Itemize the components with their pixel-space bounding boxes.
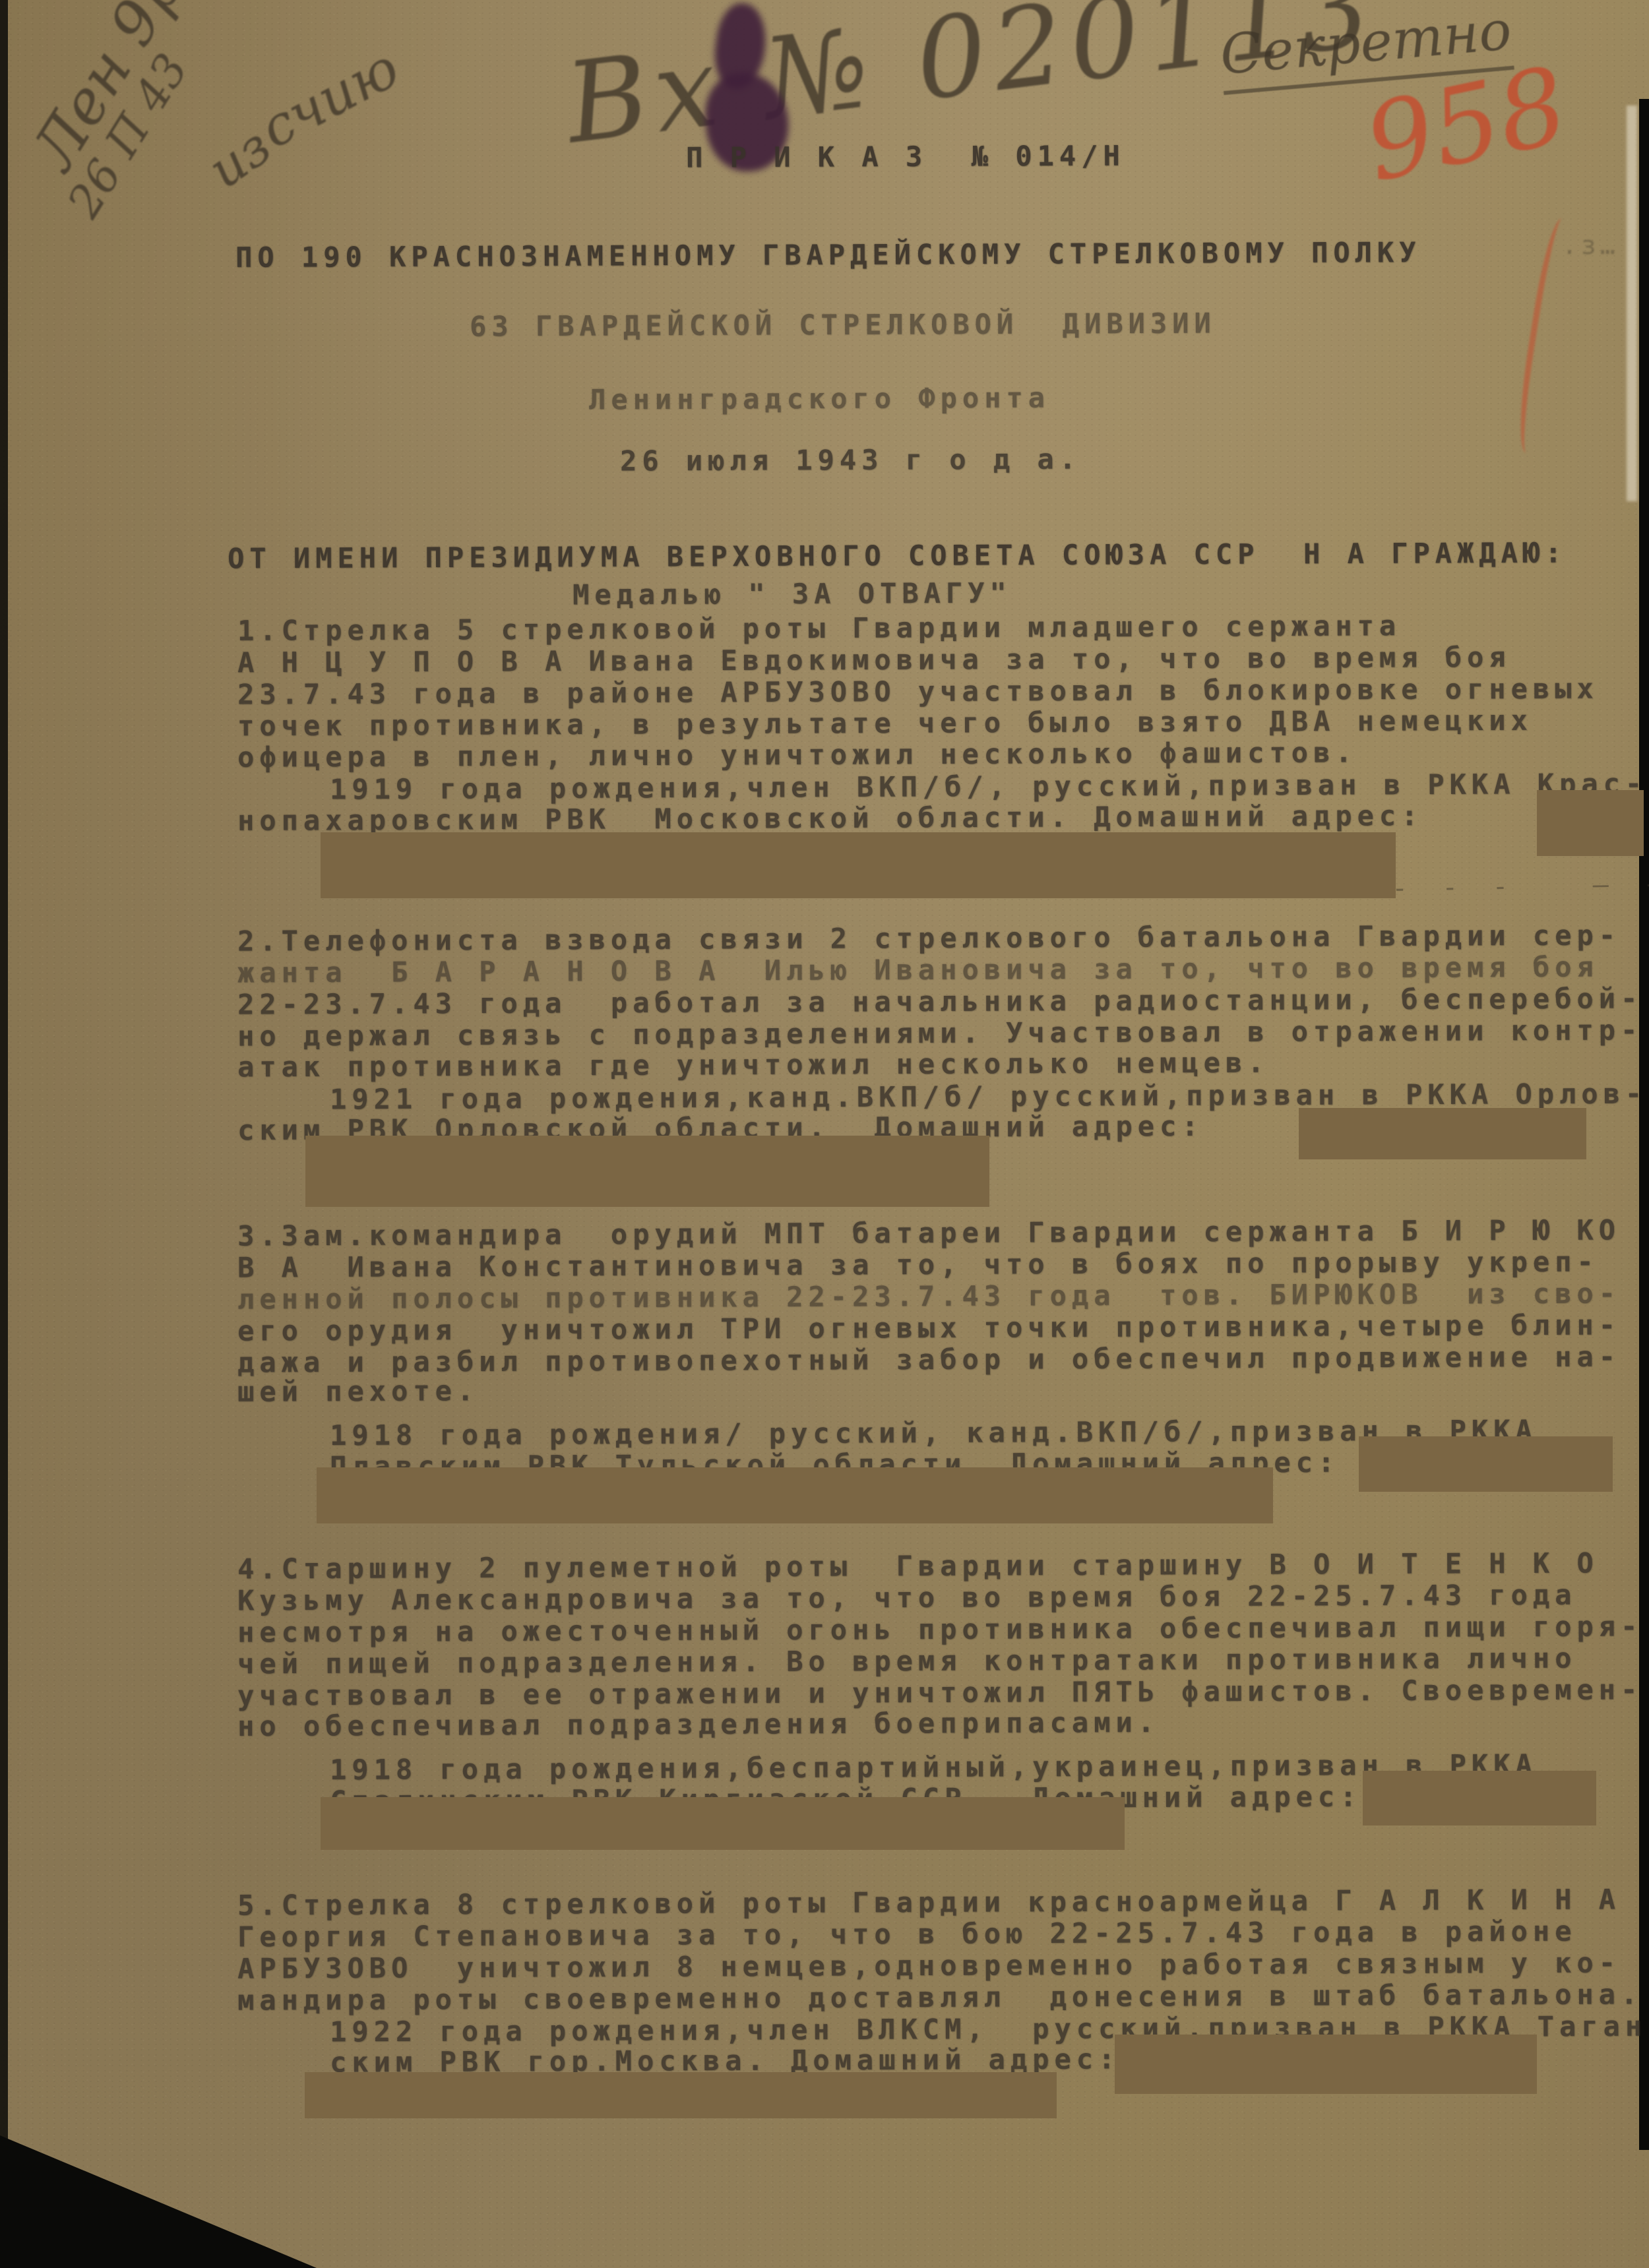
scan-edge-right [1639, 99, 1649, 2150]
typed-line-entry2-l4: но держал связь с подразделениями. Участ… [237, 1014, 1643, 1052]
typed-line-entry1-l6: 1919 года рождения,член ВКП/б/, русский,… [330, 768, 1647, 806]
faint-pen-dashes: - - - — - — [1392, 868, 1649, 904]
typed-line-entry2-l5: атак противника где уничтожил несколько … [237, 1047, 1270, 1084]
typed-line-entry4-l6: но обеспечивал подразделения боеприпасам… [237, 1706, 1160, 1742]
typed-line-header-division: 63 ГВАРДЕЙСКОЙ СТРЕЛКОВОЙ ДИВИЗИИ [470, 307, 1216, 343]
typed-line-entry3-l6: шей пехоте. [237, 1374, 479, 1408]
paper-edge-highlight [1627, 106, 1637, 501]
typed-line-header-date: 26 июля 1943 г о д а. [620, 443, 1081, 477]
typed-line-entry4-l5: участвовал в ее отражении и уничтожил ПЯ… [237, 1673, 1643, 1711]
typed-line-order-title: П Р И К А З № 014/Н [686, 140, 1125, 174]
typed-line-medal-line: Медалью " ЗА ОТВАГУ" [573, 577, 1012, 611]
redaction-bar-9 [1115, 2035, 1537, 2094]
typed-line-entry1-l1: 1.Стрелка 5 стрелковой роты Гвардии млад… [237, 609, 1401, 647]
typed-line-entry3-l5: дажа и разбил противопехотный забор и об… [237, 1340, 1621, 1378]
faint-ink-smudge: .з… [1562, 231, 1619, 260]
redaction-bar-5 [1359, 1436, 1613, 1492]
redaction-bar-10 [305, 2072, 1057, 2118]
typed-line-header-front: Ленинградского Фронта [589, 381, 1050, 415]
scanned-order-document: Вх № 020113 Секретно 958 Лен 9р26 П 43из… [0, 0, 1649, 2268]
typed-line-header-regiment: ПО 190 КРАСНОЗНАМЕННОМУ ГВАРДЕЙСКОМУ СТР… [235, 236, 1421, 274]
redaction-bar-2 [321, 832, 1396, 898]
typed-line-award-preamble: ОТ ИМЕНИ ПРЕЗИДИУМА ВЕРХОВНОГО СОВЕТА СО… [228, 537, 1567, 575]
typed-line-entry3-l7: 1918 года рождения/ русский, канд.ВКП/б/… [330, 1414, 1538, 1452]
typed-line-entry1-l5: офицера в плен, лично уничтожил нескольк… [237, 736, 1357, 773]
redaction-bar-6 [317, 1467, 1273, 1523]
torn-corner-bottom-left [0, 2135, 317, 2268]
redaction-bar-3 [1299, 1108, 1586, 1159]
redaction-bar-8 [321, 1797, 1125, 1850]
scan-edge-left [0, 0, 8, 2268]
redaction-bar-4 [305, 1136, 989, 1207]
redaction-bar-7 [1363, 1771, 1596, 1825]
redaction-bar-1 [1537, 790, 1644, 856]
typed-line-entry1-l7: нопахаровским РВК Московской области. До… [237, 799, 1423, 837]
